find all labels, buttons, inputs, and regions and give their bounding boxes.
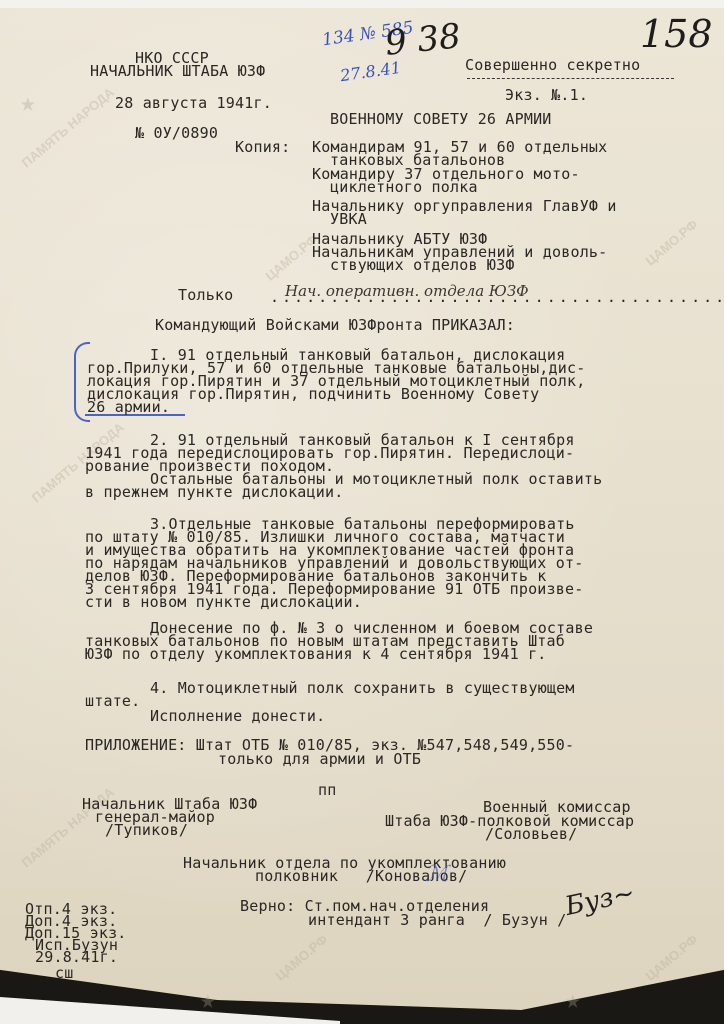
copy-recipient: УВКА: [330, 212, 367, 226]
secrecy-underline: [467, 78, 674, 79]
copy-recipient: циклетного полка: [330, 180, 478, 194]
paragraph-4-line: 4. Мотоциклетный полк сохранить в сущест…: [150, 681, 575, 695]
secrecy-stamp: Совершенно секретно: [465, 58, 640, 72]
signature-left-name: /Тупиков/: [105, 823, 188, 837]
verified-line: интендант 3 ранга / Бузун /: [308, 913, 566, 927]
header-chief-of-staff: НАЧАЛЬНИК ШТАБА ЮЗФ: [90, 64, 265, 78]
typist-initials: сш: [55, 966, 73, 980]
paragraph-2-line: в прежнем пункте дислокации.: [85, 485, 343, 499]
watermark-star-icon: ★: [200, 985, 216, 1015]
signature-right-name: /Соловьев/: [485, 827, 577, 841]
copy-number: Экз. №.1.: [505, 88, 588, 102]
copy-recipient: ствующих отделов ЮЗФ: [330, 258, 515, 272]
paragraph-3-line: ЮЗФ по отделу укомплектования к 4 сентяб…: [85, 647, 547, 661]
attachment-line: только для армии и ОТБ: [218, 752, 421, 766]
paragraph-3-line: сти в новом пункте дислокации.: [85, 595, 362, 609]
only-label: Только: [178, 288, 233, 302]
watermark-star-icon: ★: [20, 88, 36, 118]
watermark-star-icon: ★: [565, 985, 581, 1015]
paragraph-1-line: 26 армии.: [87, 400, 170, 414]
pp-mark: пп: [318, 783, 336, 797]
document-number: № 0У/0890: [135, 126, 218, 140]
addressee: ВОЕННОМУ СОВЕТУ 26 АРМИИ: [330, 112, 552, 126]
order-heading: Командующий Войсками ЮЗФронта ПРИКАЗАЛ:: [155, 318, 515, 332]
copies-label: Копия:: [235, 140, 290, 154]
only-handwritten: Нач. оперативн. отдела ЮЗФ: [285, 282, 529, 300]
paragraph-4-line: штате.: [85, 694, 140, 708]
blue-ink-signature: ℳ: [425, 862, 449, 887]
page-number: 158: [640, 12, 713, 56]
handwritten-mark: 9 38: [383, 16, 462, 64]
document-date: 28 августа 1941г.: [115, 96, 272, 110]
paragraph-4-line: Исполнение донести.: [150, 709, 325, 723]
distribution-line: 29.8.41г.: [35, 950, 118, 964]
